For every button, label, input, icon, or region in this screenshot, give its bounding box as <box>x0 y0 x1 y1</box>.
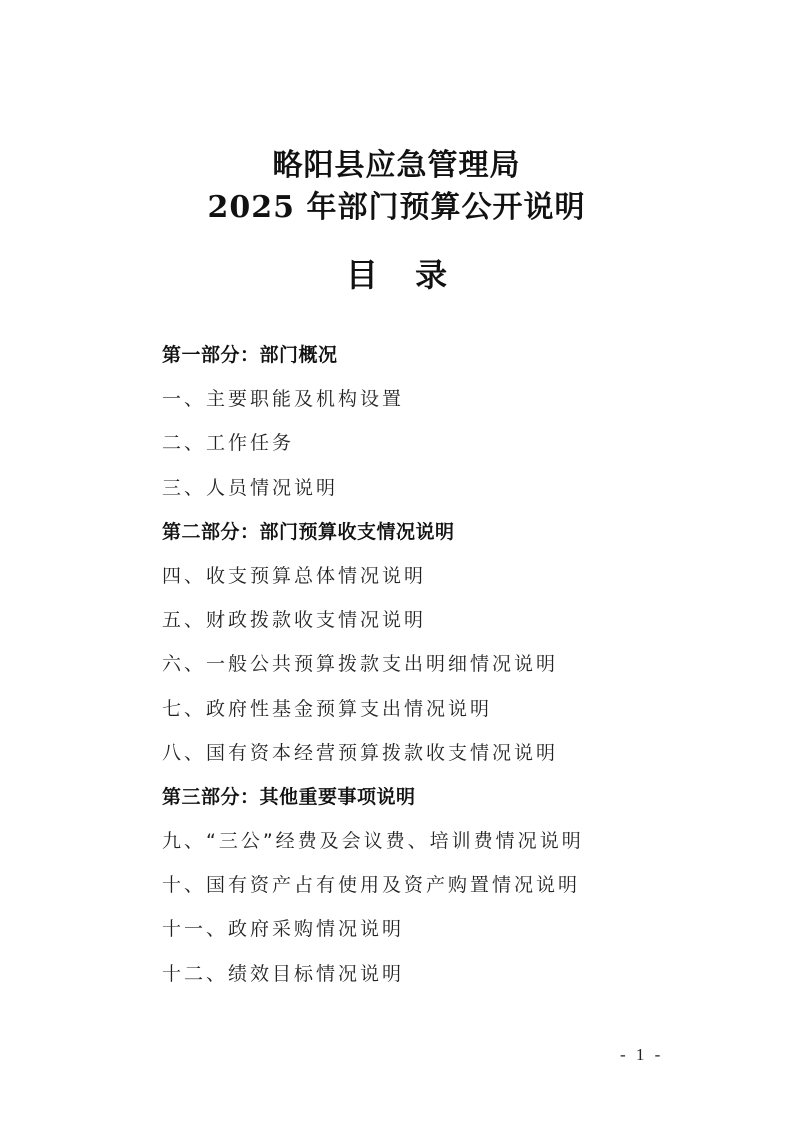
toc-item: 六、一般公共预算拨款支出明细情况说明 <box>162 649 722 693</box>
toc-item: 十、国有资产占有使用及资产购置情况说明 <box>162 870 722 914</box>
document-title-line2: 2025 年部门预算公开说明 <box>0 182 793 226</box>
toc-part-3: 第三部分：其他重要事项说明 <box>162 782 722 826</box>
toc-heading: 目 录 <box>0 250 793 296</box>
document-title-line1: 略阳县应急管理局 <box>0 140 793 184</box>
toc-item: 三、人员情况说明 <box>162 473 722 517</box>
toc-item: 二、工作任务 <box>162 428 722 472</box>
toc-item: 七、政府性基金预算支出情况说明 <box>162 694 722 738</box>
toc-item: 八、国有资本经营预算拨款收支情况说明 <box>162 738 722 782</box>
toc-item: 四、收支预算总体情况说明 <box>162 561 722 605</box>
toc-part-1: 第一部分：部门概况 <box>162 340 722 384</box>
page-number: - 1 - <box>620 1045 660 1065</box>
toc-part-2: 第二部分：部门预算收支情况说明 <box>162 517 722 561</box>
toc-item: 一、主要职能及机构设置 <box>162 384 722 428</box>
toc-item: 十二、绩效目标情况说明 <box>162 959 722 1003</box>
table-of-contents: 第一部分：部门概况 一、主要职能及机构设置 二、工作任务 三、人员情况说明 第二… <box>162 340 722 1003</box>
toc-item: 九、“三公”经费及会议费、培训费情况说明 <box>162 826 722 870</box>
toc-item: 五、财政拨款收支情况说明 <box>162 605 722 649</box>
toc-item: 十一、政府采购情况说明 <box>162 914 722 958</box>
